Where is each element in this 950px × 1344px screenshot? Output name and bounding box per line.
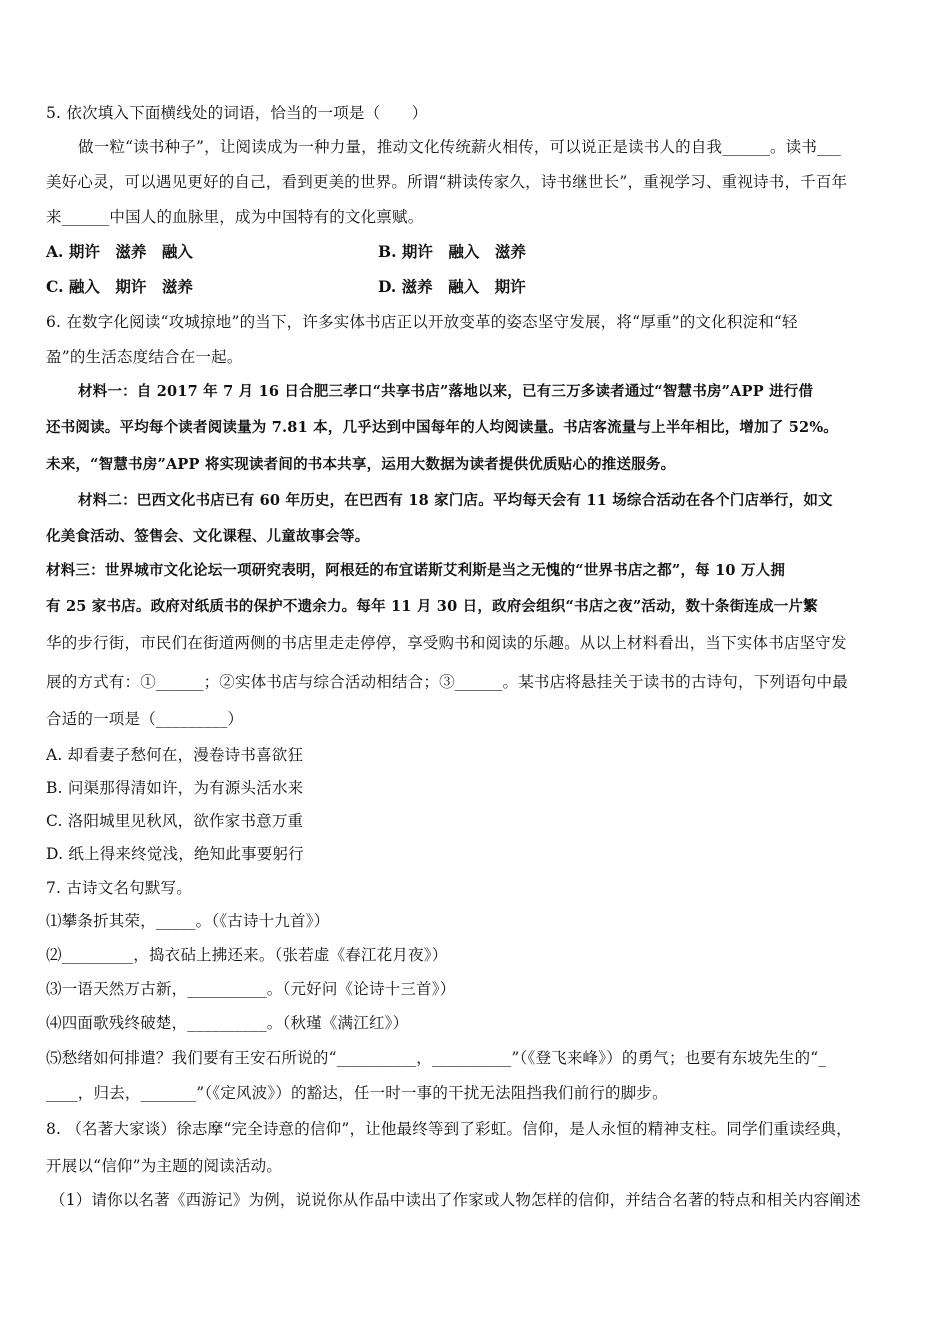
q5-passage-line: 美好心灵，可以遇见更好的自己，看到更美的世界。所谓“耕读传家久，诗书继世长”，重…: [46, 172, 847, 192]
q7-item-3: ⑶一语天然万古新，__________。（元好问《论诗十三首》）: [46, 979, 455, 999]
q8-stem-line: 开展以“信仰”为主题的阅读活动。: [46, 1156, 282, 1176]
q6-material1-line: 未来，“智慧书房”APP 将实现读者间的书本共享，运用大数据为读者提供优质贴心的…: [46, 455, 675, 475]
q6-material2-line: 材料二：巴西文化书店已有 60 年历史，在巴西有 18 家门店。平均每天会有 1…: [78, 491, 833, 511]
q6-material3-line: 材料三：世界城市文化论坛一项研究表明，阿根廷的布宜诺斯艾利斯是当之无愧的“世界书…: [46, 561, 785, 581]
q5-passage-line: 来______中国人的血脉里，成为中国特有的文化禀赋。: [46, 207, 423, 227]
q7-stem: 7. 古诗文名句默写。: [46, 878, 192, 898]
q5-option-a: A. 期许 滋养 融入: [46, 242, 193, 262]
q5-option-c: C. 融入 期许 滋养: [46, 277, 193, 297]
q6-material3-line: 华的步行街，市民们在街道两侧的书店里走走停停，享受购书和阅读的乐趣。从以上材料看…: [46, 633, 847, 653]
q6-option-b: B. 问渠那得清如许，为有源头活水来: [46, 778, 303, 798]
q8-subquestion-1: （1）请你以名著《西游记》为例，说说你从作品中读出了作家或人物怎样的信仰，并结合…: [50, 1190, 861, 1210]
q6-material3-line: 展的方式有：①______；②实体书店与综合活动相结合；③______。某书店将…: [46, 672, 848, 692]
q6-material1-line: 还书阅读。平均每个读者阅读量为 7.81 本，几乎达到中国每年的人均阅读量。书店…: [46, 418, 838, 438]
q6-material1-line: 材料一：自 2017 年 7 月 16 日合肥三孝口“共享书店”落地以来，已有三…: [78, 382, 813, 402]
q6-material3-line: 合适的一项是（_________）: [46, 709, 243, 729]
q7-item-2: ⑵_________，捣衣砧上拂还来。（张若虚《春江花月夜》）: [46, 945, 447, 965]
q5-option-d: D. 滋养 融入 期许: [378, 277, 526, 297]
q6-material2-line: 化美食活动、签售会、文化课程、儿童故事会等。: [46, 527, 369, 547]
q6-option-c: C. 洛阳城里见秋风，欲作家书意万重: [46, 811, 303, 831]
q6-stem-line: 盈”的生活态度结合在一起。: [46, 347, 243, 367]
q5-stem: 5. 依次填入下面横线处的词语，恰当的一项是（ ）: [46, 103, 427, 123]
q6-stem-line: 6. 在数字化阅读“攻城掠地”的当下，许多实体书店正以开放变革的姿态坚守发展，将…: [46, 312, 798, 332]
q8-stem-line: 8. （名著大家谈）徐志摩“完全诗意的信仰”，让他最终等到了彩虹。信仰，是人永恒…: [46, 1119, 852, 1139]
q7-item-1: ⑴攀条折其荣，_____。（《古诗十九首》）: [46, 911, 329, 931]
q6-material3-line: 有 25 家书店。政府对纸质书的保护不遗余力。每年 11 月 30 日，政府会组…: [46, 597, 818, 617]
q5-option-b: B. 期许 融入 滋养: [378, 242, 526, 262]
q7-item-5-cont: ____，归去，_______”（《定风波》）的豁达，任一时一事的干扰无法阻挡我…: [46, 1083, 668, 1103]
q6-option-a: A. 却看妻子愁何在，漫卷诗书喜欲狂: [46, 745, 303, 765]
q6-option-d: D. 纸上得来终觉浅，绝知此事要躬行: [46, 844, 304, 864]
q5-passage-line: 做一粒“读书种子”，让阅读成为一种力量，推动文化传统薪火相传，可以说正是读书人的…: [78, 137, 841, 157]
q7-item-5: ⑸愁绪如何排遣？我们要有王安石所说的“__________，__________…: [46, 1048, 826, 1068]
q7-item-4: ⑷四面歌残终破楚，__________。（秋瑾《满江红》）: [46, 1013, 408, 1033]
